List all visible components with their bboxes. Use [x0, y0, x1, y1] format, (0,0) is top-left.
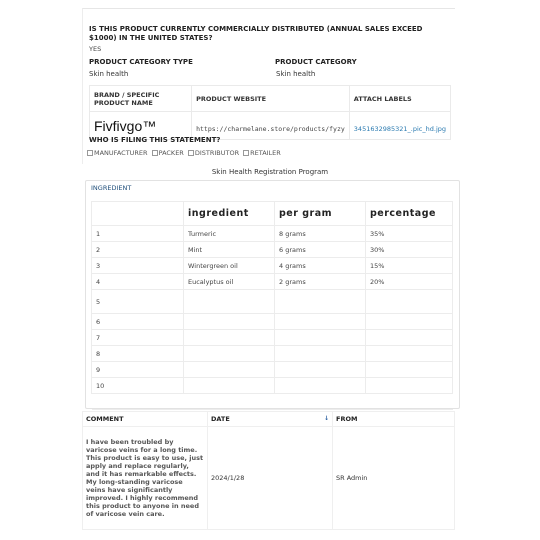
ingredient-cell-percentage	[366, 346, 453, 362]
ingredient-cell-no: 4	[92, 274, 184, 290]
ingredient-cell-name	[184, 362, 275, 378]
ingredient-cell-name: Mint	[184, 242, 275, 258]
ingredient-cell-per-gram: 4 grams	[275, 258, 366, 274]
ingredient-cell-per-gram	[275, 346, 366, 362]
product-website[interactable]: https://charmelane.store/products/fyzy	[196, 125, 345, 133]
brand-table: BRAND / SPECIFIC PRODUCT NAME PRODUCT WE…	[89, 85, 451, 140]
ingredient-cell-name	[184, 290, 275, 314]
checkbox-packer[interactable]: PACKER	[152, 149, 184, 157]
ingredient-cell-per-gram	[275, 362, 366, 378]
ingredient-row: 7	[92, 330, 453, 346]
ingredient-table: ingredient per gram percentage 1Turmeric…	[91, 201, 453, 410]
ingredient-cell-no: 6	[92, 314, 184, 330]
checkbox-icon	[188, 150, 194, 156]
ingredient-cell-percentage: 35%	[366, 226, 453, 242]
ingredient-cell-name	[184, 378, 275, 394]
ingredient-cell-per-gram	[275, 314, 366, 330]
ingredient-cell-percentage	[366, 378, 453, 394]
category-type-value: Skin health	[89, 70, 128, 78]
ingredient-cell-per-gram	[275, 330, 366, 346]
comment-date: 2024/1/28	[208, 427, 333, 530]
ingredient-panel: INGREDIENT ingredient per gram percentag…	[85, 180, 460, 409]
category-value: Skin health	[276, 70, 315, 78]
ingredient-cell-per-gram: 2 grams	[275, 274, 366, 290]
product-info-panel: IS THIS PRODUCT CURRENTLY COMMERCIALLY D…	[82, 8, 455, 164]
ingredient-cell-per-gram: 6 grams	[275, 242, 366, 258]
ingredient-cell-no: 9	[92, 362, 184, 378]
ingredient-cell-name: Turmeric	[184, 226, 275, 242]
ingredient-cell-percentage	[366, 314, 453, 330]
checkbox-icon	[87, 150, 93, 156]
date-header[interactable]: DATE↓	[208, 412, 333, 427]
ingredient-cell-percentage: 20%	[366, 274, 453, 290]
checkbox-icon	[152, 150, 158, 156]
attachment-link[interactable]: 3451632985321_.pic_hd.jpg	[354, 125, 446, 133]
ingredient-cell-name	[184, 346, 275, 362]
distribution-question: IS THIS PRODUCT CURRENTLY COMMERCIALLY D…	[89, 25, 439, 43]
ingredient-cell-no: 2	[92, 242, 184, 258]
ingredient-row: 8	[92, 346, 453, 362]
category-type-label: PRODUCT CATEGORY TYPE	[89, 58, 193, 66]
ingredient-cell-no: 3	[92, 258, 184, 274]
program-title: Skin Health Registration Program	[0, 168, 540, 176]
comment-from: SR Admin	[333, 427, 455, 530]
comment-text: I have been troubled by varicose veins f…	[86, 438, 204, 518]
filing-options: MANUFACTURER PACKER DISTRIBUTOR RETAILER	[87, 149, 281, 157]
ingredient-row: 3Wintergreen oil4 grams15%	[92, 258, 453, 274]
ingredient-cell-per-gram	[275, 290, 366, 314]
distribution-answer: YES	[89, 45, 101, 53]
ingredient-header-percentage: percentage	[366, 202, 453, 226]
ingredient-cell-name	[184, 314, 275, 330]
ingredient-cell-percentage	[366, 362, 453, 378]
ingredient-cell-percentage: 30%	[366, 242, 453, 258]
checkbox-manufacturer[interactable]: MANUFACTURER	[87, 149, 148, 157]
ingredient-cell-no: 7	[92, 330, 184, 346]
ingredient-header-per-gram: per gram	[275, 202, 366, 226]
brand-name: Fivfivgo™	[94, 118, 156, 134]
ingredient-row: 2Mint6 grams30%	[92, 242, 453, 258]
ingredient-row: 4Eucalyptus oil2 grams20%	[92, 274, 453, 290]
ingredient-cell-per-gram	[275, 378, 366, 394]
ingredient-cell-per-gram: 8 grams	[275, 226, 366, 242]
checkbox-icon	[243, 150, 249, 156]
sort-icon[interactable]: ↓	[324, 415, 329, 422]
ingredient-row: 9	[92, 362, 453, 378]
ingredient-cell-no: 8	[92, 346, 184, 362]
comment-row: I have been troubled by varicose veins f…	[83, 427, 455, 530]
ingredient-cell-no: 1	[92, 226, 184, 242]
ingredient-cell-no: 10	[92, 378, 184, 394]
ingredient-cell-percentage: 15%	[366, 258, 453, 274]
filing-question: WHO IS FILING THIS STATEMENT?	[89, 136, 220, 144]
ingredient-header-no	[92, 202, 184, 226]
ingredient-row: 10	[92, 378, 453, 394]
attach-labels-header: ATTACH LABELS	[349, 86, 450, 112]
ingredient-row: 5	[92, 290, 453, 314]
comment-header: COMMENT	[83, 412, 208, 427]
ingredient-cell-percentage	[366, 290, 453, 314]
ingredient-cell-no: 5	[92, 290, 184, 314]
comment-table: COMMENT DATE↓ FROM I have been troubled …	[82, 411, 455, 530]
ingredient-table-footer	[92, 394, 453, 410]
brand-header: BRAND / SPECIFIC PRODUCT NAME	[90, 86, 192, 112]
ingredient-row: 1Turmeric8 grams35%	[92, 226, 453, 242]
from-header: FROM	[333, 412, 455, 427]
ingredient-row: 6	[92, 314, 453, 330]
ingredient-cell-name: Wintergreen oil	[184, 258, 275, 274]
ingredient-header-name: ingredient	[184, 202, 275, 226]
category-label: PRODUCT CATEGORY	[275, 58, 357, 66]
ingredient-cell-name	[184, 330, 275, 346]
website-header: PRODUCT WEBSITE	[192, 86, 350, 112]
ingredient-cell-percentage	[366, 330, 453, 346]
ingredient-section-label: INGREDIENT	[91, 184, 131, 192]
ingredient-cell-name: Eucalyptus oil	[184, 274, 275, 290]
checkbox-retailer[interactable]: RETAILER	[243, 149, 281, 157]
checkbox-distributor[interactable]: DISTRIBUTOR	[188, 149, 239, 157]
